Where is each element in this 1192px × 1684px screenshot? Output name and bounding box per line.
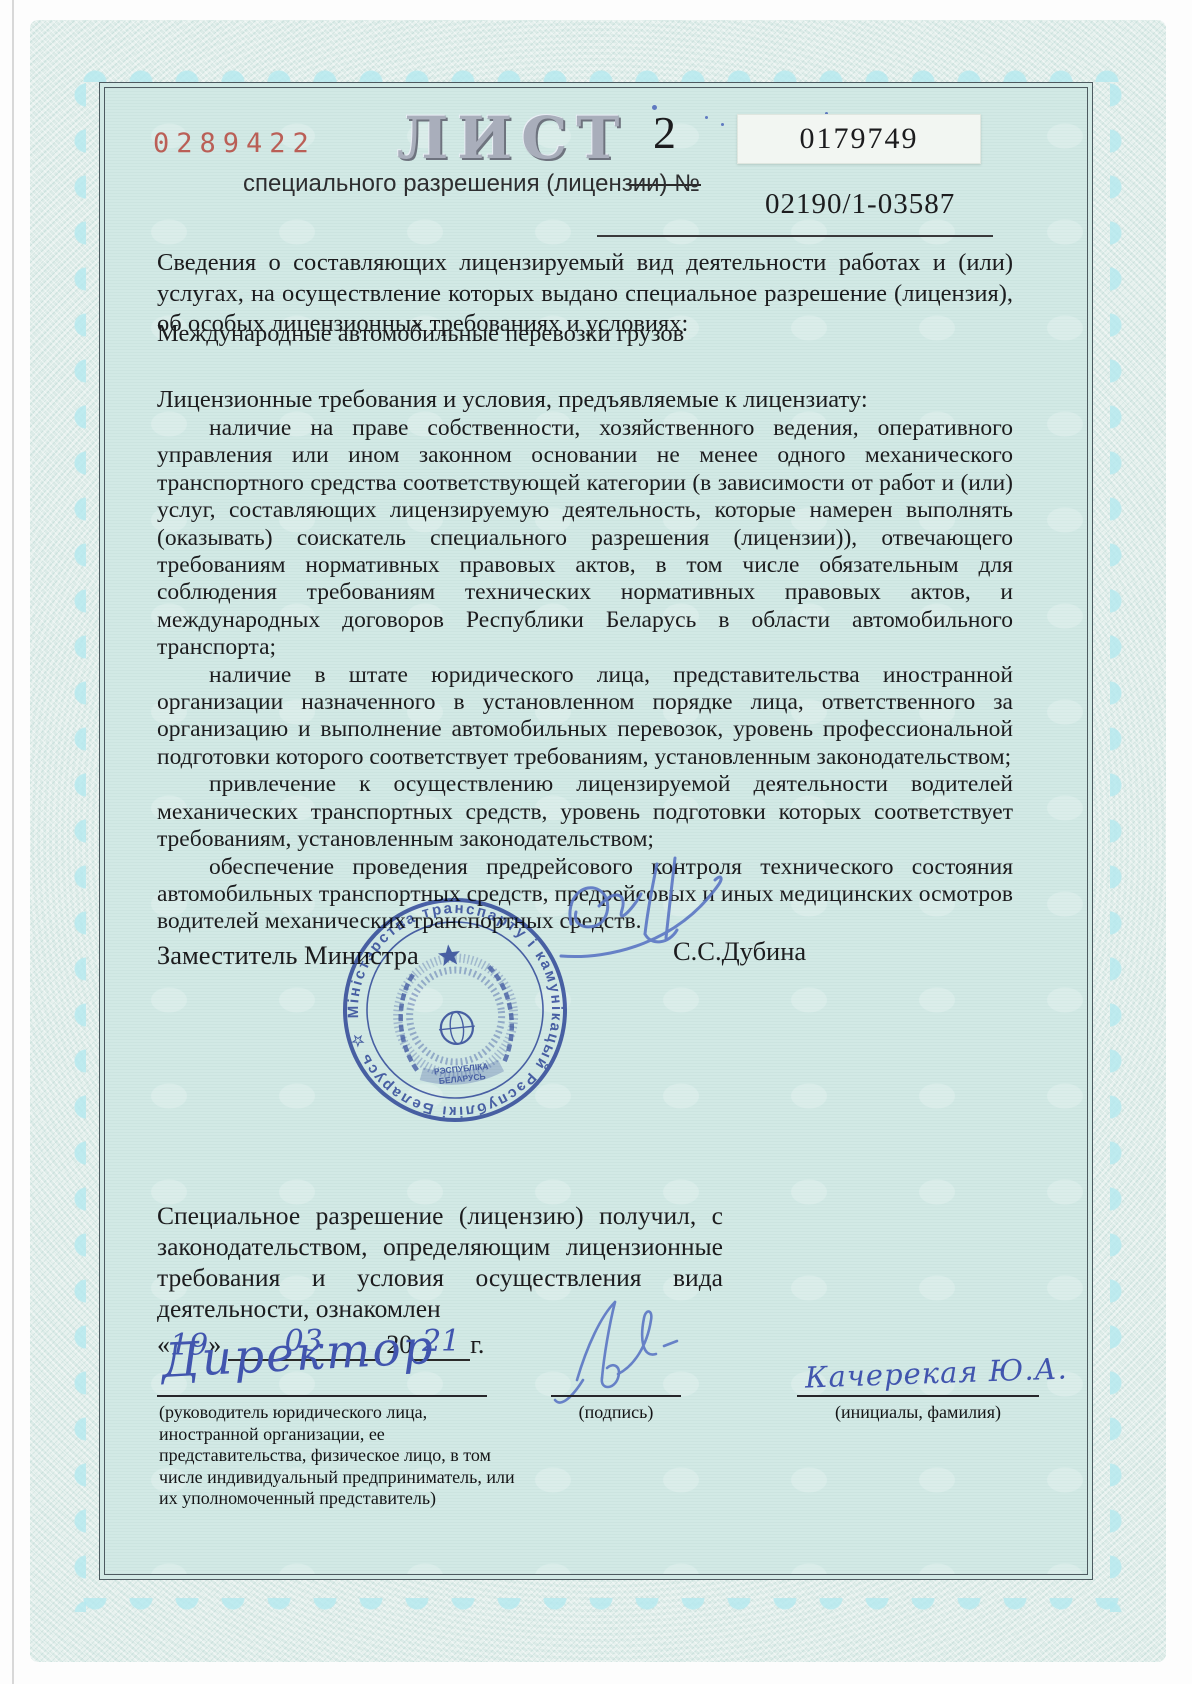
document-inner-frame: 0289422 ЛИСТ 2 0179749 02190/1-03587 спе… [104,87,1088,1575]
right-signature-line [797,1394,1039,1397]
license-document-page: 0289422 ЛИСТ 2 0179749 02190/1-03587 спе… [0,0,1192,1684]
requirement-item: привлечение к осуществлению лицензируемо… [157,771,1013,853]
intro-paragraph: Сведения о составляющих лицензируемый ви… [157,194,1013,340]
middle-signature-label: (подпись) [551,1402,681,1424]
document-content: 0289422 ЛИСТ 2 0179749 02190/1-03587 спе… [105,88,1087,1574]
form-number-box: 0179749 [737,114,981,164]
ink-specks [705,116,708,119]
border-scallops-left [60,72,86,1612]
licensed-activity: Международные автомобильные перевозки гр… [157,320,684,348]
requirement-item: наличие на праве собственности, хозяйств… [157,415,1013,662]
border-scallops-bottom [72,1598,1120,1624]
middle-signature-line [551,1394,681,1397]
red-serial-number: 0289422 [153,128,316,159]
stamp-ring-text: Міністэрства транспарту і камунікацый Рэ… [334,889,576,1131]
requirement-item: наличие в штате юридического лица, предс… [157,662,1013,772]
border-scallops-top [72,56,1120,82]
document-paper: 0289422 ЛИСТ 2 0179749 02190/1-03587 спе… [99,82,1093,1580]
form-number: 0179749 [800,122,919,156]
minister-signature [551,844,731,979]
sheet-number: 2 [653,106,676,159]
scan-edge-line [12,0,14,1684]
sheet-word-title: ЛИСТ [397,104,628,172]
left-signature-line [157,1394,487,1397]
right-signature-label: (инициалы, фамилия) [797,1402,1039,1424]
date-era-suffix: г. [470,1330,484,1359]
ministry-round-stamp: РЭСПУБЛІКА БЕЛАРУСЬ Міністэрства транспа… [321,876,589,1144]
svg-text:Міністэрства транспарту і каму: Міністэрства транспарту і камунікацый Рэ… [334,889,576,1131]
left-signature-label: (руководитель юридического лица, иностра… [159,1402,531,1510]
requirements-heading: Лицензионные требования и условия, предъ… [157,386,868,414]
handwritten-name: Качерекая Ю.А. [804,1351,1068,1394]
border-scallops-right [1110,72,1136,1612]
